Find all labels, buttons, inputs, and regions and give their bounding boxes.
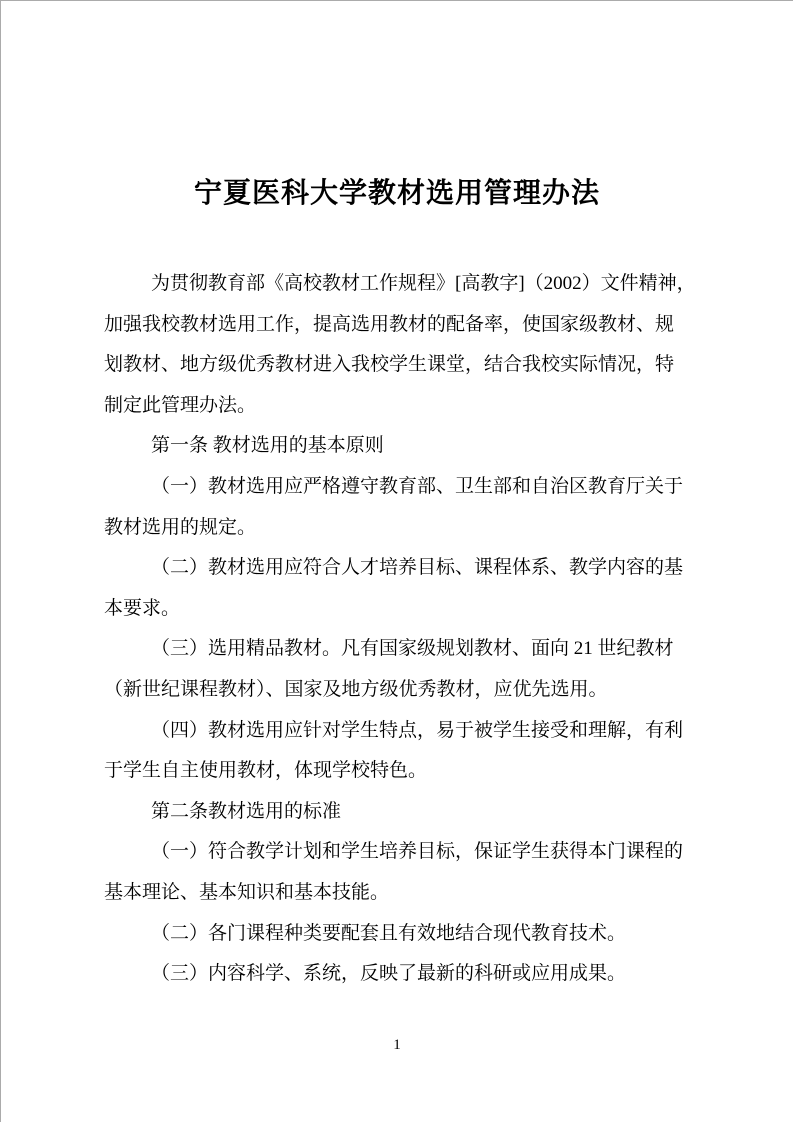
body-line: 本要求。 <box>104 589 670 630</box>
body-line: （一）教材选用应严格遵守教育部、卫生部和自治区教育厅关于 <box>104 467 670 508</box>
document-title: 宁夏医科大学教材选用管理办法 <box>1 171 793 211</box>
body-line: 加强我校教材选用工作，提高选用教材的配备率，使国家级教材、规 <box>104 305 670 346</box>
body-line: 为贯彻教育部《高校教材工作规程》[高教字]（2002）文件精神， <box>104 264 670 305</box>
body-line: 第二条教材选用的标准 <box>104 792 670 833</box>
page-number: 1 <box>1 1037 793 1054</box>
body-line: 制定此管理办法。 <box>104 386 670 427</box>
document-page: 宁夏医科大学教材选用管理办法 为贯彻教育部《高校教材工作规程》[高教字]（200… <box>0 0 793 1122</box>
body-line: （三）选用精品教材。凡有国家级规划教材、面向 21 世纪教材 <box>104 629 670 670</box>
body-line: （三）内容科学、系统，反映了最新的科研或应用成果。 <box>104 954 670 995</box>
body-line: 基本理论、基本知识和基本技能。 <box>104 873 670 914</box>
body-line: （四）教材选用应针对学生特点，易于被学生接受和理解，有利 <box>104 711 670 752</box>
body-line: 划教材、地方级优秀教材进入我校学生课堂，结合我校实际情况，特 <box>104 345 670 386</box>
body-line: （新世纪课程教材）、国家及地方级优秀教材，应优先选用。 <box>104 670 670 711</box>
body-line: 教材选用的规定。 <box>104 508 670 549</box>
body-line: （二）各门课程种类要配套且有效地结合现代教育技术。 <box>104 914 670 955</box>
body-line: 第一条 教材选用的基本原则 <box>104 426 670 467</box>
body-line: （一）符合教学计划和学生培养目标，保证学生获得本门课程的 <box>104 832 670 873</box>
body-line: （二）教材选用应符合人才培养目标、课程体系、教学内容的基 <box>104 548 670 589</box>
body-line: 于学生自主使用教材，体现学校特色。 <box>104 751 670 792</box>
document-body: 为贯彻教育部《高校教材工作规程》[高教字]（2002）文件精神， 加强我校教材选… <box>104 264 670 995</box>
